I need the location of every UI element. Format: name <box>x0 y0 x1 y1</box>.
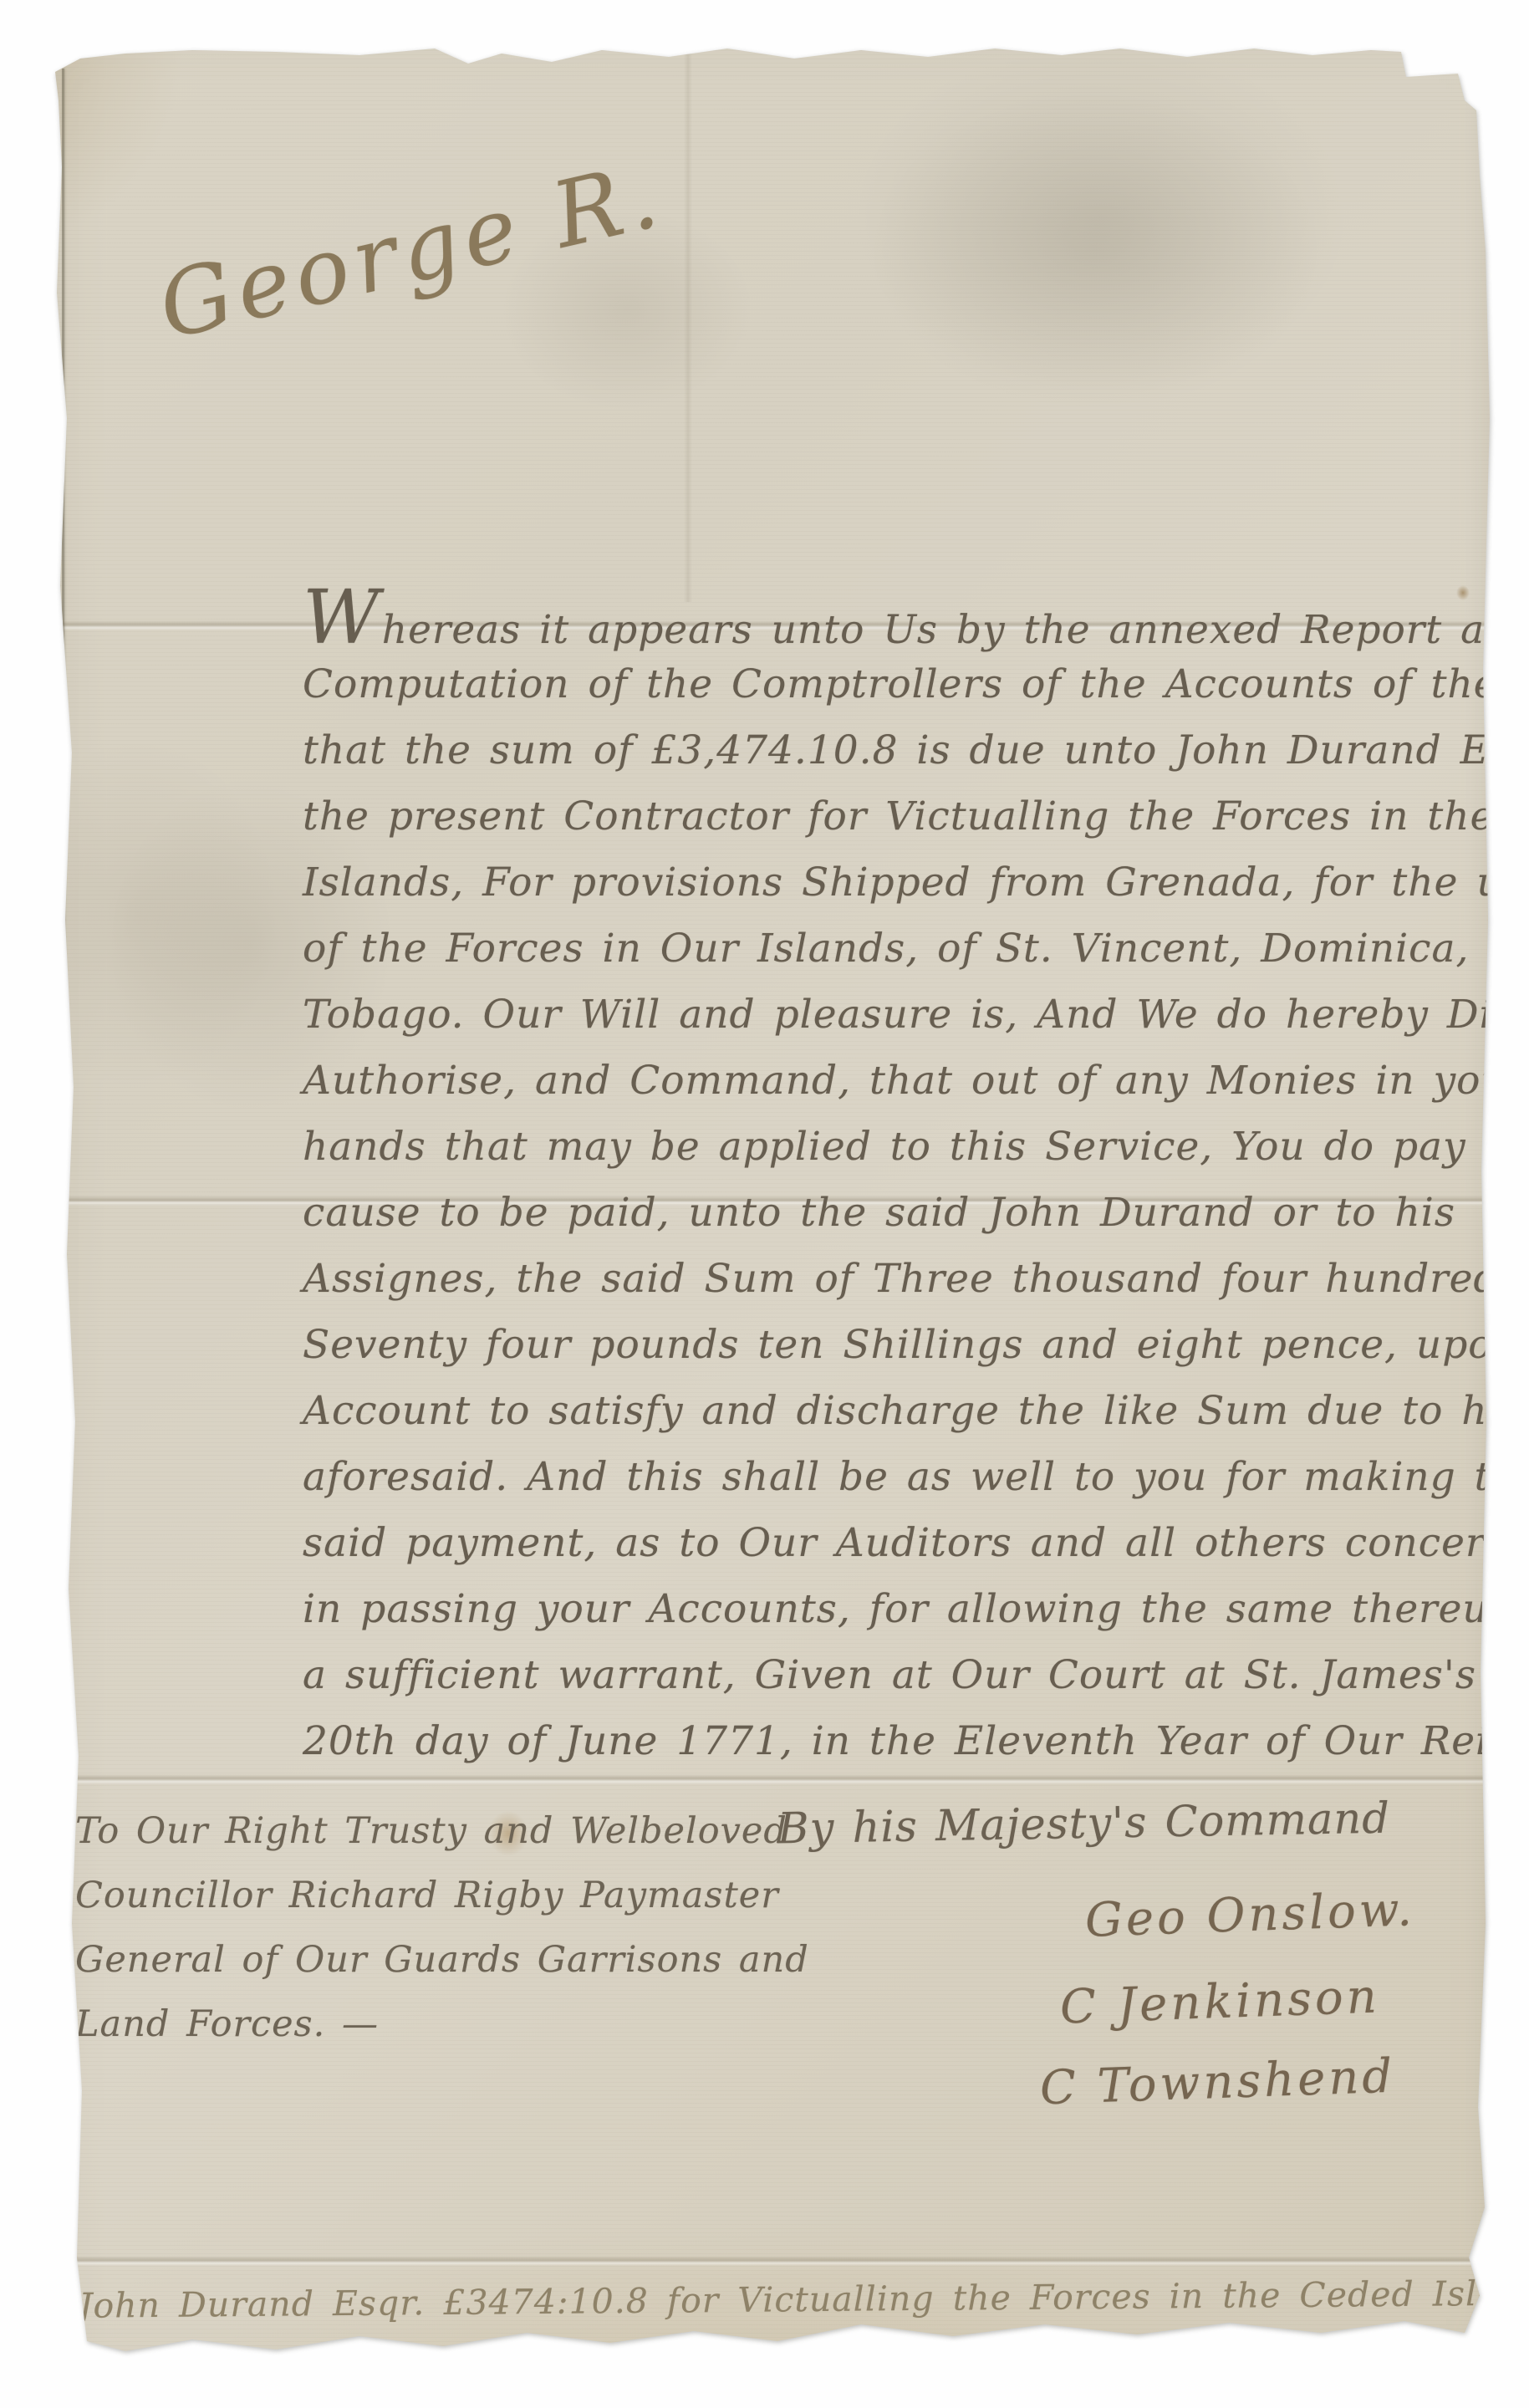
address-block: To Our Right Trusty and Welbeloved Counc… <box>75 1799 809 2057</box>
treasury-signature-townshend: C Townshend <box>1039 2049 1396 2116</box>
body-line: Authorise, and Command, that out of any … <box>303 1048 1529 1114</box>
body-line: a sufficient warrant, Given at Our Court… <box>303 1642 1529 1708</box>
body-line: 20th day of June 1771, in the Eleventh Y… <box>303 1708 1529 1774</box>
address-line: Land Forces. — <box>75 1992 809 2057</box>
treasury-signature-jenkinson: C Jenkinson <box>1059 1969 1381 2034</box>
body-line: the present Contractor for Victualling t… <box>303 783 1529 849</box>
fold-crease <box>0 2256 1529 2266</box>
address-line: General of Our Guards Garrisons and <box>75 1928 809 1992</box>
body-line: in passing your Accounts, for allowing t… <box>303 1576 1529 1642</box>
paper-sheet: George R. Whereas it appears unto Us by … <box>0 0 1529 2408</box>
fold-crease <box>0 1774 1529 1784</box>
treasury-signature-onslow: Geo Onslow. <box>1084 1882 1416 1948</box>
body-line: Tobago. Our Will and pleasure is, And We… <box>303 982 1529 1048</box>
body-line: cause to be paid, unto the said John Dur… <box>303 1180 1529 1246</box>
body-line: Account to satisfy and discharge the lik… <box>303 1378 1529 1444</box>
body-line: Computation of the Comptrollers of the A… <box>303 651 1529 717</box>
paper-shadow: George R. Whereas it appears unto Us by … <box>0 0 1529 2408</box>
address-line: Councillor Richard Rigby Paymaster <box>75 1864 809 1928</box>
command-line: By his Majesty's Command <box>777 1794 1391 1854</box>
body-line: Seventy four pounds ten Shillings and ei… <box>303 1312 1529 1378</box>
docket-line: John Durand Esqr. £3474:10.8 for Victual… <box>79 2273 1529 2325</box>
body-line: that the sum of £3,474.10.8 is due unto … <box>303 717 1529 783</box>
address-line: To Our Right Trusty and Welbeloved <box>75 1799 809 1864</box>
paper-stain <box>869 92 1321 410</box>
warrant-body-text: Whereas it appears unto Us by the annexe… <box>303 585 1529 1774</box>
sheet-edge-seam <box>62 69 64 2326</box>
body-line: hands that may be applied to this Servic… <box>303 1114 1529 1180</box>
scanned-document-page: George R. Whereas it appears unto Us by … <box>0 0 1529 2408</box>
body-line: of the Forces in Our Islands, of St. Vin… <box>303 916 1529 982</box>
body-line: said payment, as to Our Auditors and all… <box>303 1510 1529 1576</box>
body-line: Whereas it appears unto Us by the annexe… <box>303 585 1529 651</box>
body-line: Assignes, the said Sum of Three thousand… <box>303 1246 1529 1312</box>
body-line: Islands, For provisions Shipped from Gre… <box>303 849 1529 916</box>
body-line: aforesaid. And this shall be as well to … <box>303 1444 1529 1510</box>
